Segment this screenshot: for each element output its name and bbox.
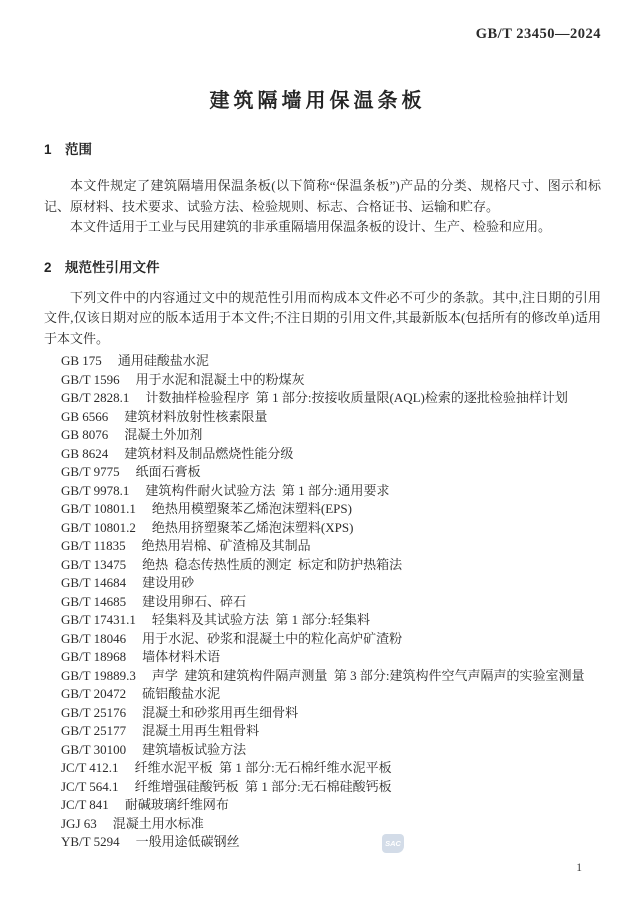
reference-title: 绝热用模塑聚苯乙烯泡沫塑料(EPS) — [152, 501, 352, 516]
reference-item: GB/T 13475绝热 稳态传热性质的测定 标定和防护热箱法 — [61, 556, 601, 575]
reference-code: GB 8624 — [61, 445, 108, 464]
document-title: 建筑隔墙用保温条板 — [0, 84, 635, 113]
reference-code: GB/T 18046 — [61, 630, 126, 649]
reference-title: 用于水泥、砂浆和混凝土中的粒化高炉矿渣粉 — [142, 631, 402, 646]
section-heading-scope: 1范围 — [44, 140, 601, 160]
reference-item: GB/T 14684建设用砂 — [61, 574, 601, 593]
scope-paragraph: 本文件适用于工业与民用建筑的非承重隔墙用保温条板的设计、生产、检验和应用。 — [44, 217, 601, 238]
section-number: 2 — [44, 258, 65, 278]
reference-title: 建筑材料放射性核素限量 — [124, 409, 267, 424]
reference-code: GB 175 — [61, 352, 102, 371]
reference-title: 轻集料及其试验方法 第 1 部分:轻集料 — [152, 612, 370, 627]
reference-title: 建设用砂 — [142, 575, 194, 590]
reference-code: GB/T 13475 — [61, 556, 126, 575]
reference-title: 混凝土用水标准 — [113, 816, 204, 831]
reference-code: GB/T 9775 — [61, 463, 120, 482]
reference-title: 绝热用挤塑聚苯乙烯泡沫塑料(XPS) — [152, 520, 354, 535]
reference-item: GB/T 25176混凝土和砂浆用再生细骨料 — [61, 704, 601, 723]
reference-item: GB/T 14685建设用卵石、碎石 — [61, 593, 601, 612]
reference-title: 建筑材料及制品燃烧性能分级 — [124, 446, 293, 461]
reference-code: GB/T 30100 — [61, 741, 126, 760]
reference-title: 一般用途低碳钢丝 — [136, 834, 240, 849]
section-number: 1 — [44, 140, 65, 160]
reference-code: GB/T 14684 — [61, 574, 126, 593]
reference-item: GB 175通用硅酸盐水泥 — [61, 352, 601, 371]
reference-title: 绝热用岩棉、矿渣棉及其制品 — [142, 538, 311, 553]
reference-code: GB/T 9978.1 — [61, 482, 129, 501]
reference-title: 计数抽样检验程序 第 1 部分:按接收质量限(AQL)检索的逐批检验抽样计划 — [145, 390, 568, 405]
reference-item: GB/T 10801.1绝热用模塑聚苯乙烯泡沫塑料(EPS) — [61, 500, 601, 519]
reference-item: GB/T 18968墙体材料术语 — [61, 648, 601, 667]
reference-item: GB/T 9775纸面石膏板 — [61, 463, 601, 482]
reference-code: YB/T 5294 — [61, 833, 120, 852]
standard-code: GB/T 23450—2024 — [476, 26, 601, 43]
section-title: 范围 — [65, 142, 92, 157]
reference-item: JC/T 841耐碱玻璃纤维网布 — [61, 796, 601, 815]
reference-code: JC/T 412.1 — [61, 759, 119, 778]
reference-item: YB/T 5294一般用途低碳钢丝 — [61, 833, 601, 852]
reference-item: GB/T 18046用于水泥、砂浆和混凝土中的粒化高炉矿渣粉 — [61, 630, 601, 649]
reference-item: GB/T 17431.1轻集料及其试验方法 第 1 部分:轻集料 — [61, 611, 601, 630]
reference-title: 耐碱玻璃纤维网布 — [125, 797, 229, 812]
document-body: 1范围 本文件规定了建筑隔墙用保温条板(以下简称“保温条板”)产品的分类、规格尺… — [44, 140, 601, 852]
reference-title: 墙体材料术语 — [142, 649, 220, 664]
reference-title: 纤维增强硅酸钙板 第 1 部分:无石棉硅酸钙板 — [135, 779, 392, 794]
reference-code: GB/T 17431.1 — [61, 611, 136, 630]
reference-code: GB/T 2828.1 — [61, 389, 129, 408]
reference-title: 建筑墙板试验方法 — [142, 742, 246, 757]
reference-item: JC/T 564.1纤维增强硅酸钙板 第 1 部分:无石棉硅酸钙板 — [61, 778, 601, 797]
reference-code: JC/T 564.1 — [61, 778, 119, 797]
reference-item: JGJ 63混凝土用水标准 — [61, 815, 601, 834]
reference-item: GB 6566建筑材料放射性核素限量 — [61, 408, 601, 427]
reference-title: 通用硅酸盐水泥 — [118, 353, 209, 368]
reference-item: GB/T 19889.3声学 建筑和建筑构件隔声测量 第 3 部分:建筑构件空气… — [61, 667, 601, 686]
sac-watermark-logo: SAC — [382, 834, 404, 853]
reference-item: GB/T 25177混凝土用再生粗骨料 — [61, 722, 601, 741]
reference-title: 混凝土用再生粗骨料 — [142, 723, 259, 738]
section-title: 规范性引用文件 — [65, 260, 160, 275]
reference-code: GB 8076 — [61, 426, 108, 445]
reference-item: GB/T 1596用于水泥和混凝土中的粉煤灰 — [61, 371, 601, 390]
reference-item: GB/T 2828.1计数抽样检验程序 第 1 部分:按接收质量限(AQL)检索… — [61, 389, 601, 408]
reference-code: GB/T 14685 — [61, 593, 126, 612]
reference-list: GB 175通用硅酸盐水泥GB/T 1596用于水泥和混凝土中的粉煤灰GB/T … — [44, 352, 601, 852]
reference-code: GB/T 20472 — [61, 685, 126, 704]
reference-title: 混凝土和砂浆用再生细骨料 — [142, 705, 298, 720]
reference-item: GB/T 11835绝热用岩棉、矿渣棉及其制品 — [61, 537, 601, 556]
reference-title: 纤维水泥平板 第 1 部分:无石棉纤维水泥平板 — [135, 760, 392, 775]
normative-references-paragraph: 下列文件中的内容通过文中的规范性引用而构成本文件必不可少的条款。其中,注日期的引… — [44, 288, 601, 350]
reference-item: GB 8624建筑材料及制品燃烧性能分级 — [61, 445, 601, 464]
reference-code: GB/T 10801.2 — [61, 519, 136, 538]
reference-item: GB/T 20472硫铝酸盐水泥 — [61, 685, 601, 704]
reference-title: 绝热 稳态传热性质的测定 标定和防护热箱法 — [142, 557, 402, 572]
reference-code: GB/T 19889.3 — [61, 667, 136, 686]
reference-code: GB/T 18968 — [61, 648, 126, 667]
reference-item: GB 8076混凝土外加剂 — [61, 426, 601, 445]
reference-code: JC/T 841 — [61, 796, 109, 815]
section-heading-normative-references: 2规范性引用文件 — [44, 258, 601, 278]
reference-item: GB/T 9978.1建筑构件耐火试验方法 第 1 部分:通用要求 — [61, 482, 601, 501]
reference-item: JC/T 412.1纤维水泥平板 第 1 部分:无石棉纤维水泥平板 — [61, 759, 601, 778]
reference-code: GB/T 10801.1 — [61, 500, 136, 519]
reference-code: GB/T 1596 — [61, 371, 120, 390]
reference-title: 建设用卵石、碎石 — [142, 594, 246, 609]
reference-code: GB 6566 — [61, 408, 108, 427]
reference-code: JGJ 63 — [61, 815, 97, 834]
reference-title: 硫铝酸盐水泥 — [142, 686, 220, 701]
reference-title: 声学 建筑和建筑构件隔声测量 第 3 部分:建筑构件空气声隔声的实验室测量 — [152, 668, 585, 683]
document-page: GB/T 23450—2024 建筑隔墙用保温条板 1范围 本文件规定了建筑隔墙… — [0, 0, 635, 916]
reference-title: 混凝土外加剂 — [124, 427, 202, 442]
reference-title: 纸面石膏板 — [136, 464, 201, 479]
reference-title: 建筑构件耐火试验方法 第 1 部分:通用要求 — [145, 483, 389, 498]
reference-code: GB/T 25176 — [61, 704, 126, 723]
page-number: 1 — [576, 862, 582, 874]
reference-code: GB/T 11835 — [61, 537, 126, 556]
reference-item: GB/T 30100建筑墙板试验方法 — [61, 741, 601, 760]
reference-title: 用于水泥和混凝土中的粉煤灰 — [136, 372, 305, 387]
scope-paragraph: 本文件规定了建筑隔墙用保温条板(以下简称“保温条板”)产品的分类、规格尺寸、图示… — [44, 176, 601, 217]
reference-item: GB/T 10801.2绝热用挤塑聚苯乙烯泡沫塑料(XPS) — [61, 519, 601, 538]
reference-code: GB/T 25177 — [61, 722, 126, 741]
